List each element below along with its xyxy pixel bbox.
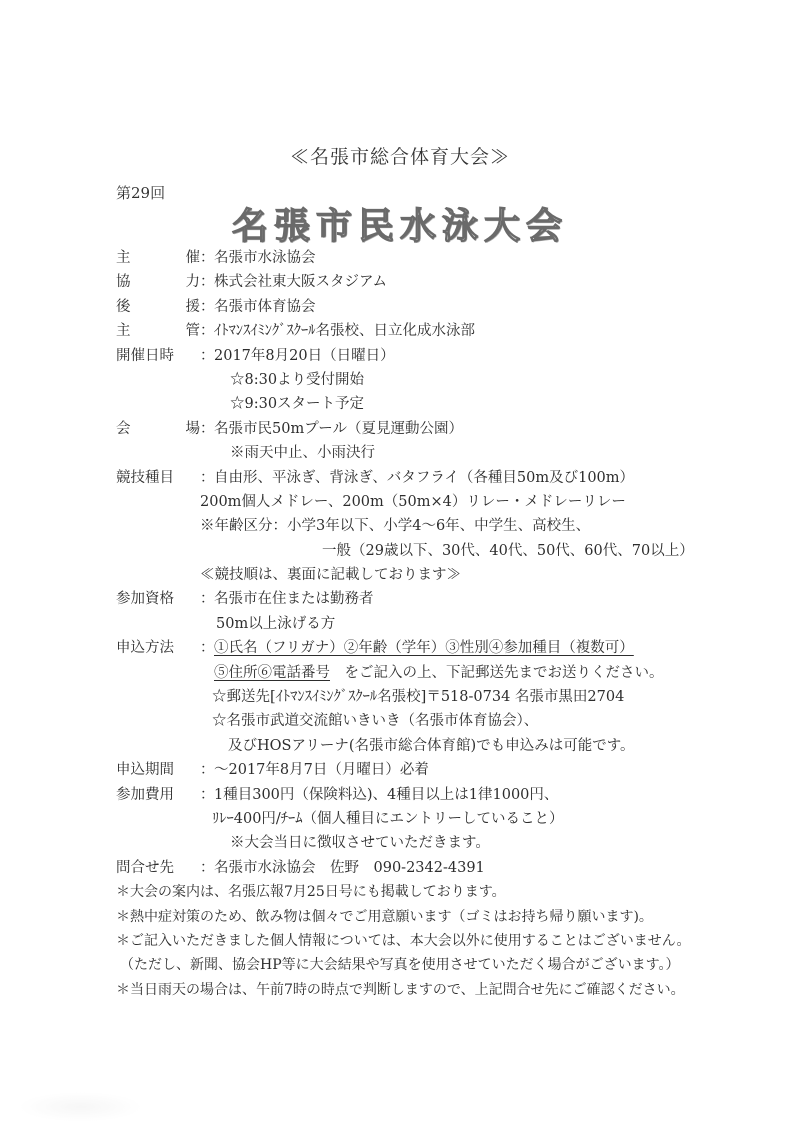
fee-line3: ※大会当日に徴収させていただきます。	[116, 831, 756, 855]
scan-smudge	[18, 1092, 143, 1122]
contact-value: 名張市水泳協会 佐野 090-2342-4391	[214, 856, 756, 880]
fee-row: 参加費用 ： 1種目300円（保険料込)、4種目以上は1律1000円、	[116, 783, 756, 807]
colon: ：	[200, 344, 214, 368]
application-method-row: 申込方法 ： ①氏名（フリガナ）②年齢（学年）③性別④参加種目（複数可）	[116, 636, 756, 660]
datetime-value: 2017年8月20日（日曜日）	[214, 344, 756, 368]
cooperation-label: 協力	[116, 270, 200, 294]
note-item: ＊当日雨天の場合は、午前7時の時点で判断しますので、上記問合せ先にご確認ください…	[116, 978, 756, 1002]
colon: ：	[200, 319, 214, 343]
management-label: 主管	[116, 319, 200, 343]
colon: ：	[200, 856, 214, 880]
venue-label: 会場	[116, 417, 200, 441]
note-item: ＊熱中症対策のため、飲み物は個々でご用意願います（ゴミはお持ち帰り願います)。	[116, 905, 756, 929]
organizer-row: 主催 ： 名張市水泳協会	[116, 246, 756, 270]
eligibility-line2: 50m以上泳げる方	[116, 612, 756, 636]
notes-list: ＊大会の案内は、名張広報7月25日号にも掲載しております。 ＊熱中症対策のため、…	[116, 880, 756, 1002]
note-item: ＊大会の案内は、名張広報7月25日号にも掲載しております。	[116, 880, 756, 904]
alternate-venue-line1: ☆名張市武道交流館いきいき（名張市体育協会）、	[116, 709, 756, 733]
datetime-row: 開催日時 ： 2017年8月20日（日曜日）	[116, 344, 756, 368]
fee-label: 参加費用	[116, 783, 200, 807]
reception-time: ☆8:30より受付開始	[116, 368, 756, 392]
management-value: ｲﾄﾏﾝｽｲﾐﾝｸﾞｽｸｰﾙ名張校、日立化成水泳部	[214, 319, 756, 343]
colon: ：	[200, 270, 214, 294]
fee-line2: ﾘﾚｰ400円/ﾁｰﾑ（個人種目にエントリーしていること）	[116, 807, 756, 831]
required-fields-underlined: ⑤住所⑥電話番号	[214, 661, 330, 685]
colon: ：	[200, 417, 214, 441]
fee-line1: 1種目300円（保険料込)、4種目以上は1律1000円、	[214, 783, 756, 807]
support-value: 名張市体育協会	[214, 295, 756, 319]
application-period-label: 申込期間	[116, 758, 200, 782]
support-row: 後援 ： 名張市体育協会	[116, 295, 756, 319]
colon: ：	[200, 466, 214, 490]
organizer-label: 主催	[116, 246, 200, 270]
cooperation-row: 協力 ： 株式会社東大阪スタジアム	[116, 270, 756, 294]
support-label: 後援	[116, 295, 200, 319]
colon: ：	[200, 636, 214, 660]
note-item: ＊ご記入いただきました個人情報については、本大会以外に使用することはございません…	[116, 929, 756, 953]
application-method-label: 申込方法	[116, 636, 200, 660]
colon: ：	[200, 758, 214, 782]
age-category-line1: ※年齢区分：小学3年以下、小学4～6年、中学生、高校生、	[116, 514, 756, 538]
eligibility-label: 参加資格	[116, 587, 200, 611]
event-details: 主催 ： 名張市水泳協会 協力 ： 株式会社東大阪スタジアム 後援 ： 名張市体…	[116, 246, 756, 1002]
colon: ：	[200, 295, 214, 319]
cooperation-value: 株式会社東大阪スタジアム	[214, 270, 756, 294]
start-time: ☆9:30スタート予定	[116, 392, 756, 416]
application-period-row: 申込期間 ： ～2017年8月7日（月曜日）必着	[116, 758, 756, 782]
event-order-note: ≪競技順は、裏面に記載しております≫	[116, 563, 756, 587]
events-label: 競技種目	[116, 466, 200, 490]
colon: ：	[200, 587, 214, 611]
main-title: 名張市民水泳大会	[0, 198, 800, 249]
contact-row: 問合せ先 ： 名張市水泳協会 佐野 090-2342-4391	[116, 856, 756, 880]
mailing-address: ☆郵送先[ｲﾄﾏﾝｽｲﾐﾝｸﾞｽｸｰﾙ名張校]〒518-0734 名張市黒田27…	[116, 685, 756, 709]
series-title: ≪名張市総合体育大会≫	[0, 142, 800, 169]
required-fields-line2: ⑤住所⑥電話番号 をご記入の上、下記郵送先までお送りください。	[116, 661, 756, 685]
organizer-value: 名張市水泳協会	[214, 246, 756, 270]
submission-instruction: をご記入の上、下記郵送先までお送りください。	[330, 661, 664, 685]
alternate-venue-line2: 及びHOSアリーナ(名張市総合体育館)でも申込みは可能です。	[116, 734, 756, 758]
note-item: （ただし、新聞、協会HP等に大会結果や写真を使用させていただく場合がございます。…	[116, 953, 756, 977]
events-line2: 200m個人メドレー、200m（50m×4）リレー・メドレーリレー	[116, 490, 756, 514]
venue-value: 名張市民50mプール（夏見運動公園）	[214, 417, 756, 441]
management-row: 主管 ： ｲﾄﾏﾝｽｲﾐﾝｸﾞｽｸｰﾙ名張校、日立化成水泳部	[116, 319, 756, 343]
flyer-page: ≪名張市総合体育大会≫ 第29回 名張市民水泳大会 主催 ： 名張市水泳協会 協…	[0, 0, 800, 1132]
required-fields-line1: ①氏名（フリガナ）②年齢（学年）③性別④参加種目（複数可）	[214, 636, 756, 660]
venue-row: 会場 ： 名張市民50mプール（夏見運動公園）	[116, 417, 756, 441]
contact-label: 問合せ先	[116, 856, 200, 880]
colon: ：	[200, 783, 214, 807]
events-row: 競技種目 ： 自由形、平泳ぎ、背泳ぎ、バタフライ（各種目50m及び100m）	[116, 466, 756, 490]
weather-note: ※雨天中止、小雨決行	[116, 441, 756, 465]
eligibility-line1: 名張市在住または勤務者	[214, 587, 756, 611]
colon: ：	[200, 246, 214, 270]
events-line1: 自由形、平泳ぎ、背泳ぎ、バタフライ（各種目50m及び100m）	[214, 466, 756, 490]
age-category-line2: 一般（29歳以下、30代、40代、50代、60代、70以上）	[116, 539, 756, 563]
datetime-label: 開催日時	[116, 344, 200, 368]
application-period-value: ～2017年8月7日（月曜日）必着	[214, 758, 756, 782]
eligibility-row: 参加資格 ： 名張市在住または勤務者	[116, 587, 756, 611]
